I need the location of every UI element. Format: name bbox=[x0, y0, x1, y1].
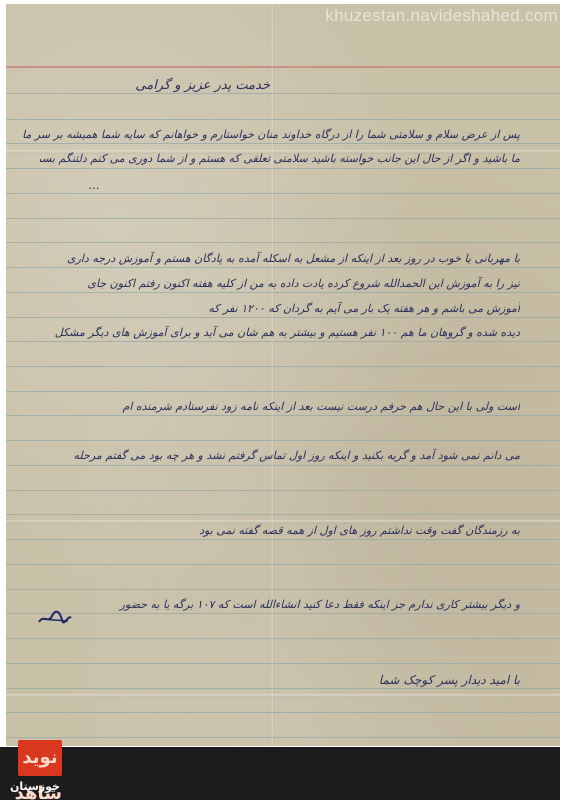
letter-line: نیز را به آموزش این الحمدالله شروع کرده … bbox=[30, 274, 520, 294]
ruled-line bbox=[6, 218, 560, 219]
paper-fold-vertical bbox=[271, 4, 274, 746]
ruled-line bbox=[6, 366, 560, 367]
letter-line: می دانم نمی شود آمد و گریه بکنید و اینکه… bbox=[20, 446, 520, 466]
ruled-line bbox=[6, 119, 560, 120]
top-margin-line bbox=[6, 66, 560, 68]
ruled-line bbox=[6, 391, 560, 392]
letter-line: با مهربانی یا خوب در روز بعد از اینکه از… bbox=[40, 249, 520, 269]
ruled-line bbox=[6, 589, 560, 590]
ruled-line bbox=[6, 712, 560, 713]
letter-closing: با امید دیدار پسر کوچک شما bbox=[379, 670, 520, 690]
letter-line: به رزمندگان گفت وقت نداشتم روز های اول ا… bbox=[30, 521, 520, 541]
ruled-line bbox=[6, 242, 560, 243]
ruled-line bbox=[6, 490, 560, 491]
site-watermark: khuzestan.navideshahed.com bbox=[325, 6, 558, 26]
letter-line: پس از عرض سلام و سلامتی شما را از درگاه … bbox=[20, 125, 520, 145]
ruled-line bbox=[6, 93, 560, 94]
navideshahed-logo-icon: نوید شاهد bbox=[18, 740, 62, 776]
paper-fold-horizontal bbox=[6, 694, 560, 698]
ruled-line bbox=[6, 514, 560, 515]
letter-line: ... bbox=[89, 176, 100, 196]
letter-line: است ولی با این حال هم حرفم درست نیست بعد… bbox=[20, 397, 520, 417]
ruled-line bbox=[6, 663, 560, 664]
ruled-line bbox=[6, 440, 560, 441]
scan-border bbox=[560, 0, 566, 800]
letter-line: آموزش می باشم و هر هفته یک بار می آیم به… bbox=[40, 299, 520, 319]
ruled-line bbox=[6, 737, 560, 738]
logo-subtext: خوزستان bbox=[10, 780, 60, 793]
letter-salutation: خدمت پدر عزیز و گرامی bbox=[135, 76, 270, 96]
signature-icon bbox=[38, 610, 72, 626]
letter-page: خدمت پدر عزیز و گرامی پس از عرض سلام و س… bbox=[6, 4, 560, 746]
letter-line: ما باشید و اگر از حال این جانب خواسته با… bbox=[40, 149, 520, 169]
letter-line: و دیگر بیشتر کاری ندارم جز اینکه فقط دعا… bbox=[50, 595, 520, 615]
ruled-line bbox=[6, 638, 560, 639]
brand-logo: نوید شاهد خوزستان bbox=[6, 740, 86, 798]
ruled-line bbox=[6, 564, 560, 565]
letter-line: دیده شده و گروهان ما هم ۱۰۰ نفر هستیم و … bbox=[20, 323, 520, 343]
